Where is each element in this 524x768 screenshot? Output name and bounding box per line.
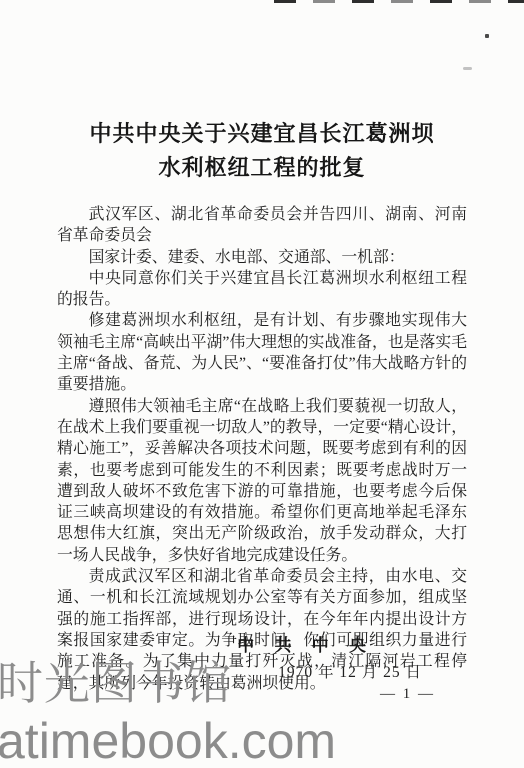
paragraph-significance: 修建葛洲坝水利枢纽，是有计划、有步骤地实现伟大领袖毛主席“高峡出平湖”伟大理想的… bbox=[57, 310, 467, 395]
document-title: 中共中央关于兴建宜昌长江葛洲坝 水利枢纽工程的批复 bbox=[0, 117, 524, 185]
document-title-line-2: 水利枢纽工程的批复 bbox=[0, 151, 524, 185]
paragraph-cc-departments: 国家计委、建委、水电部、交通部、一机部： bbox=[57, 247, 467, 268]
paragraph-recipients: 武汉军区、湖北省革命委员会并告四川、湖南、河南省革命委员会 bbox=[57, 204, 467, 247]
torn-edge-dashed-line bbox=[274, 0, 524, 3]
signatory: 中 共 中 央 bbox=[237, 631, 374, 656]
scanned-document-page: 中共中央关于兴建宜昌长江葛洲坝 水利枢纽工程的批复 武汉军区、湖北省革命委员会并… bbox=[0, 0, 524, 768]
document-body: 武汉军区、湖北省革命委员会并告四川、湖南、河南省革命委员会 国家计委、建委、水电… bbox=[57, 204, 467, 694]
scan-speck bbox=[463, 67, 472, 70]
scan-speck bbox=[485, 34, 489, 38]
watermark-site-url: atimebook.com bbox=[0, 716, 336, 766]
document-title-line-1: 中共中央关于兴建宜昌长江葛洲坝 bbox=[0, 117, 524, 151]
paragraph-approval: 中央同意你们关于兴建宜昌长江葛洲坝水利枢纽工程的报告。 bbox=[57, 268, 467, 311]
document-date: 1970 年 12 月 25 日 bbox=[278, 660, 422, 682]
page-number: — 1 — bbox=[380, 686, 435, 703]
paragraph-instructions: 遵照伟大领袖毛主席“在战略上我们要藐视一切敌人，在战术上我们要重视一切敌人”的教… bbox=[57, 396, 467, 566]
